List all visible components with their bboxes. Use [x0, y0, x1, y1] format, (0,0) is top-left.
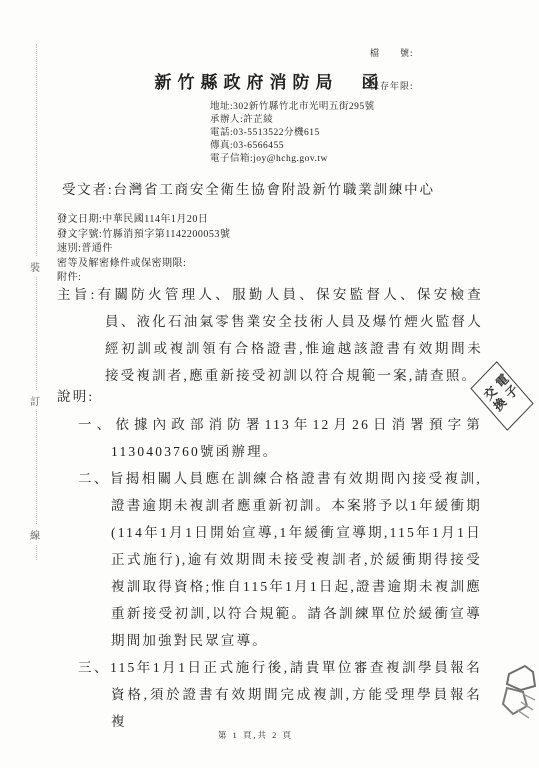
speed-class: 速別:普通件: [57, 242, 230, 257]
explanation-item-3: 三、115年1月1日正式施行後,請貴單位審查複訓學員報名資格,須於證書有效期間完…: [78, 654, 482, 735]
binding-mark-ding: 訂: [30, 391, 40, 410]
file-number-label: 檔 號:: [370, 48, 414, 59]
binding-dotted-line: [36, 44, 37, 560]
sender-contact-block: 地址:302新竹縣竹北市光明五街295號 承辦人:許芷綾 電話:03-55135…: [210, 101, 375, 166]
issue-date: 發文日期:中華民國114年1月20日: [57, 213, 230, 228]
sender-email: 電子信箱:joy@hchg.gov.tw: [210, 153, 375, 166]
recipient-line: 受文者:台灣省工商安全衛生協會附設新竹職業訓練中心: [62, 178, 435, 198]
explanation-item-2: 二、旨揭相關人員應在訓練合格證書有效期間內接受複訓,證書逾期未複訓者應重新初訓。…: [78, 465, 482, 654]
issue-meta-block: 發文日期:中華民國114年1月20日 發文字號:竹縣消預字第1142200053…: [57, 213, 230, 286]
explanation-list: 一、依據內政部消防署113年12月26日消署預字第1130403760號函辦理。…: [78, 411, 482, 735]
sender-phone: 電話:03-5513522分機615: [210, 127, 375, 140]
binding-mark-xian: 線: [30, 525, 40, 544]
sender-fax: 傳真:03-6566455: [210, 140, 375, 153]
official-letter-page: 裝 訂 線 檔 號: 保存年限: 新竹縣政府消防局 函 地址:302新竹縣竹北市…: [0, 0, 539, 768]
explanation-item-1: 一、依據內政部消防署113年12月26日消署預字第1130403760號函辦理。: [78, 411, 482, 465]
subject-paragraph: 主旨:有關防火管理人、服勤人員、保安監督人、保安檢查員、液化石油氣零售業安全技術…: [57, 281, 483, 389]
partial-stamp: [491, 660, 539, 740]
page-number: 第 1 頁,共 2 頁: [0, 729, 511, 741]
doc-number: 發文字號:竹縣消預字第1142200053號: [57, 228, 230, 243]
binding-mark-zhuang: 裝: [30, 257, 40, 276]
security-class: 密等及解密條件或保密期限:: [57, 257, 230, 272]
sender-address: 地址:302新竹縣竹北市光明五街295號: [210, 101, 375, 114]
stamp-text: 電子交換: [479, 371, 525, 421]
explanation-heading: 說明:: [57, 385, 94, 405]
sender-contact-person: 承辦人:許芷綾: [210, 114, 375, 127]
document-title: 新竹縣政府消防局 函: [0, 68, 539, 93]
